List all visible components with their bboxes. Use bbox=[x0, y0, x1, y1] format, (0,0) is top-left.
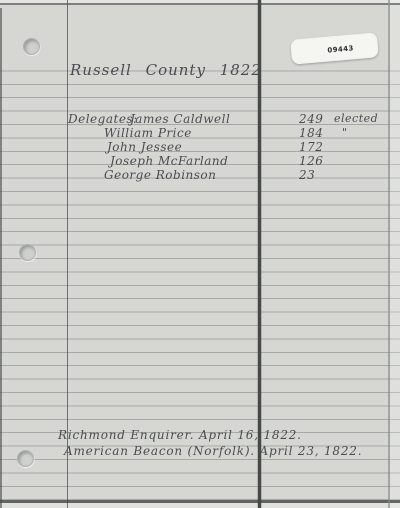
delegate-votes: 184 bbox=[299, 126, 323, 140]
scanned-notebook-page: 09443 Russell County 1822 Delegates: Jam… bbox=[0, 0, 400, 508]
delegates-label: Delegates: bbox=[68, 112, 138, 126]
scan-bottom-edge bbox=[0, 503, 400, 508]
punch-hole-top bbox=[23, 38, 40, 55]
scan-left-edge bbox=[0, 8, 2, 508]
delegate-row: William Price 184 " bbox=[0, 126, 400, 141]
punch-hole-middle bbox=[19, 244, 36, 261]
page-top-rule bbox=[0, 3, 400, 5]
delegate-note: elected bbox=[334, 112, 378, 125]
delegate-row: Joseph McFarland 126 bbox=[0, 154, 400, 169]
delegate-row: George Robinson 23 bbox=[0, 168, 400, 183]
right-column-line bbox=[388, 0, 390, 508]
delegate-votes: 172 bbox=[299, 140, 323, 154]
scan-right-edge bbox=[390, 0, 400, 508]
delegate-votes: 249 bbox=[299, 112, 323, 126]
delegate-name: William Price bbox=[104, 126, 192, 140]
sticker-number: 09443 bbox=[327, 44, 354, 54]
source-citation: American Beacon (Norfolk). April 23, 182… bbox=[64, 444, 362, 458]
delegate-votes: 23 bbox=[299, 168, 315, 182]
page-title: Russell County 1822 bbox=[70, 61, 262, 79]
delegate-row: John Jessee 172 bbox=[0, 140, 400, 155]
source-citation: Richmond Enquirer. April 16, 1822. bbox=[58, 428, 302, 442]
delegate-name: James Caldwell bbox=[130, 112, 230, 126]
delegate-name: Joseph McFarland bbox=[110, 154, 228, 168]
page-bottom-rule bbox=[0, 500, 400, 503]
delegate-votes: 126 bbox=[299, 154, 323, 168]
punch-hole-bottom bbox=[17, 450, 34, 467]
delegate-name: George Robinson bbox=[104, 168, 216, 182]
delegate-name: John Jessee bbox=[107, 140, 182, 154]
ditto-mark: " bbox=[342, 126, 348, 139]
delegate-row: Delegates: James Caldwell 249 elected bbox=[0, 112, 400, 127]
